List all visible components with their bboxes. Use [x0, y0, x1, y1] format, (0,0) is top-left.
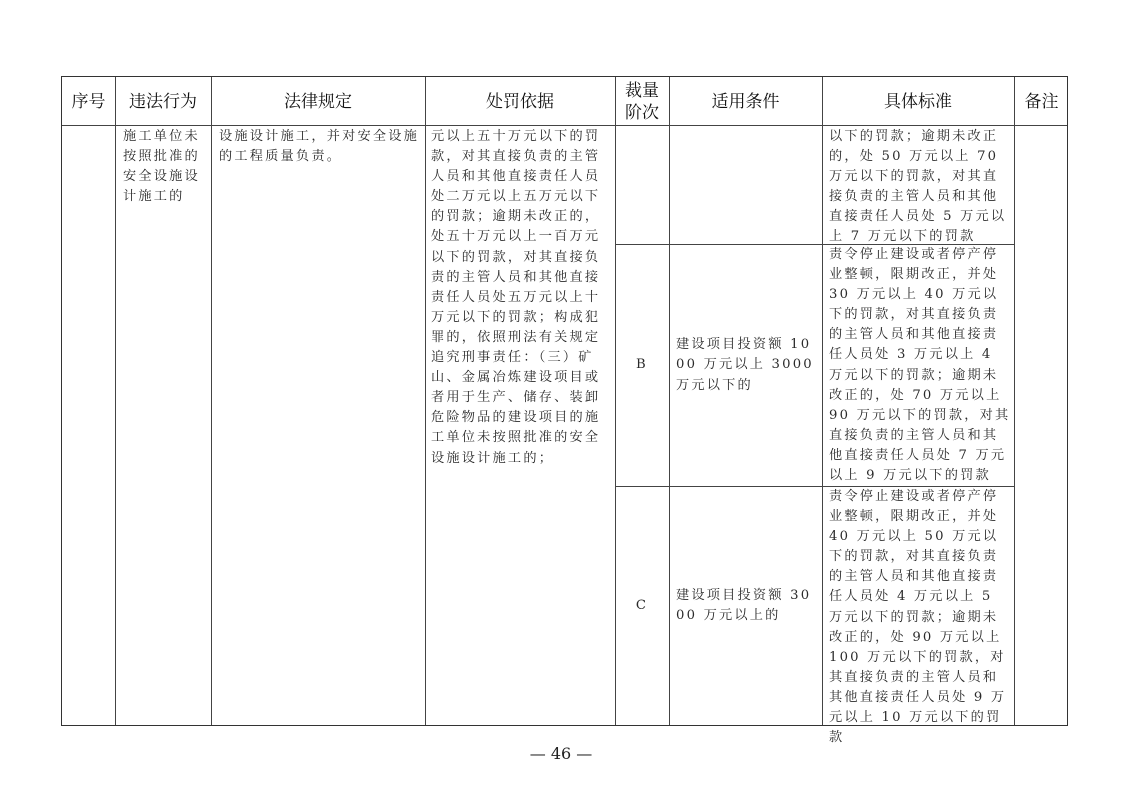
penalty-table: 序号 违法行为 法律规定 处罚依据 裁量 阶次 适用条件 具体标准 备注 施工单…: [61, 76, 1068, 726]
column-divider: [822, 77, 823, 725]
column-divider: [425, 77, 426, 725]
cell-level-c: C: [615, 487, 669, 725]
cell-legal-provision: 设施设计施工，并对安全设施的工程质量负责。: [219, 127, 424, 167]
cell-condition-b: 建设项目投资额 1000 万元以上 3000 万元以下的: [676, 245, 818, 486]
column-divider: [1014, 77, 1015, 725]
header-applicable-condition: 适用条件: [669, 77, 822, 126]
cell-level-b: B: [615, 245, 669, 486]
cell-penalty-basis: 元以上五十万元以下的罚款，对其直接负责的主管人员和其他直接责任人员处二万元以上五…: [431, 127, 615, 469]
column-divider: [211, 77, 212, 725]
header-discretion-level: 裁量 阶次: [615, 77, 669, 126]
cell-standard-b: 责令停止建设或者停产停业整顿，限期改正，并处 30 万元以上 40 万元以下的罚…: [829, 245, 1013, 486]
cell-standard: 以下的罚款；逾期未改正的，处 50 万元以上 70 万元以下的罚款，对其直接负责…: [829, 127, 1013, 248]
header-specific-standard: 具体标准: [822, 77, 1014, 126]
header-remarks: 备注: [1014, 77, 1069, 126]
header-penalty-basis: 处罚依据: [425, 77, 615, 126]
header-legal-provision: 法律规定: [211, 77, 425, 126]
cell-standard-c: 责令停止建设或者停产停业整顿，限期改正，并处 40 万元以上 50 万元以下的罚…: [829, 487, 1013, 748]
cell-level: [615, 126, 669, 244]
column-divider: [669, 77, 670, 725]
header-violation: 违法行为: [115, 77, 211, 126]
condition-c-text: 建设项目投资额 3000 万元以上的: [676, 586, 818, 626]
header-serial: 序号: [62, 77, 115, 126]
condition-b-text: 建设项目投资额 1000 万元以上 3000 万元以下的: [676, 335, 818, 395]
page-number: — 46 —: [0, 744, 1122, 763]
column-divider: [115, 77, 116, 725]
cell-condition-c: 建设项目投资额 3000 万元以上的: [676, 487, 818, 725]
cell-violation: 施工单位未按照批准的安全设施设计施工的: [123, 127, 209, 207]
